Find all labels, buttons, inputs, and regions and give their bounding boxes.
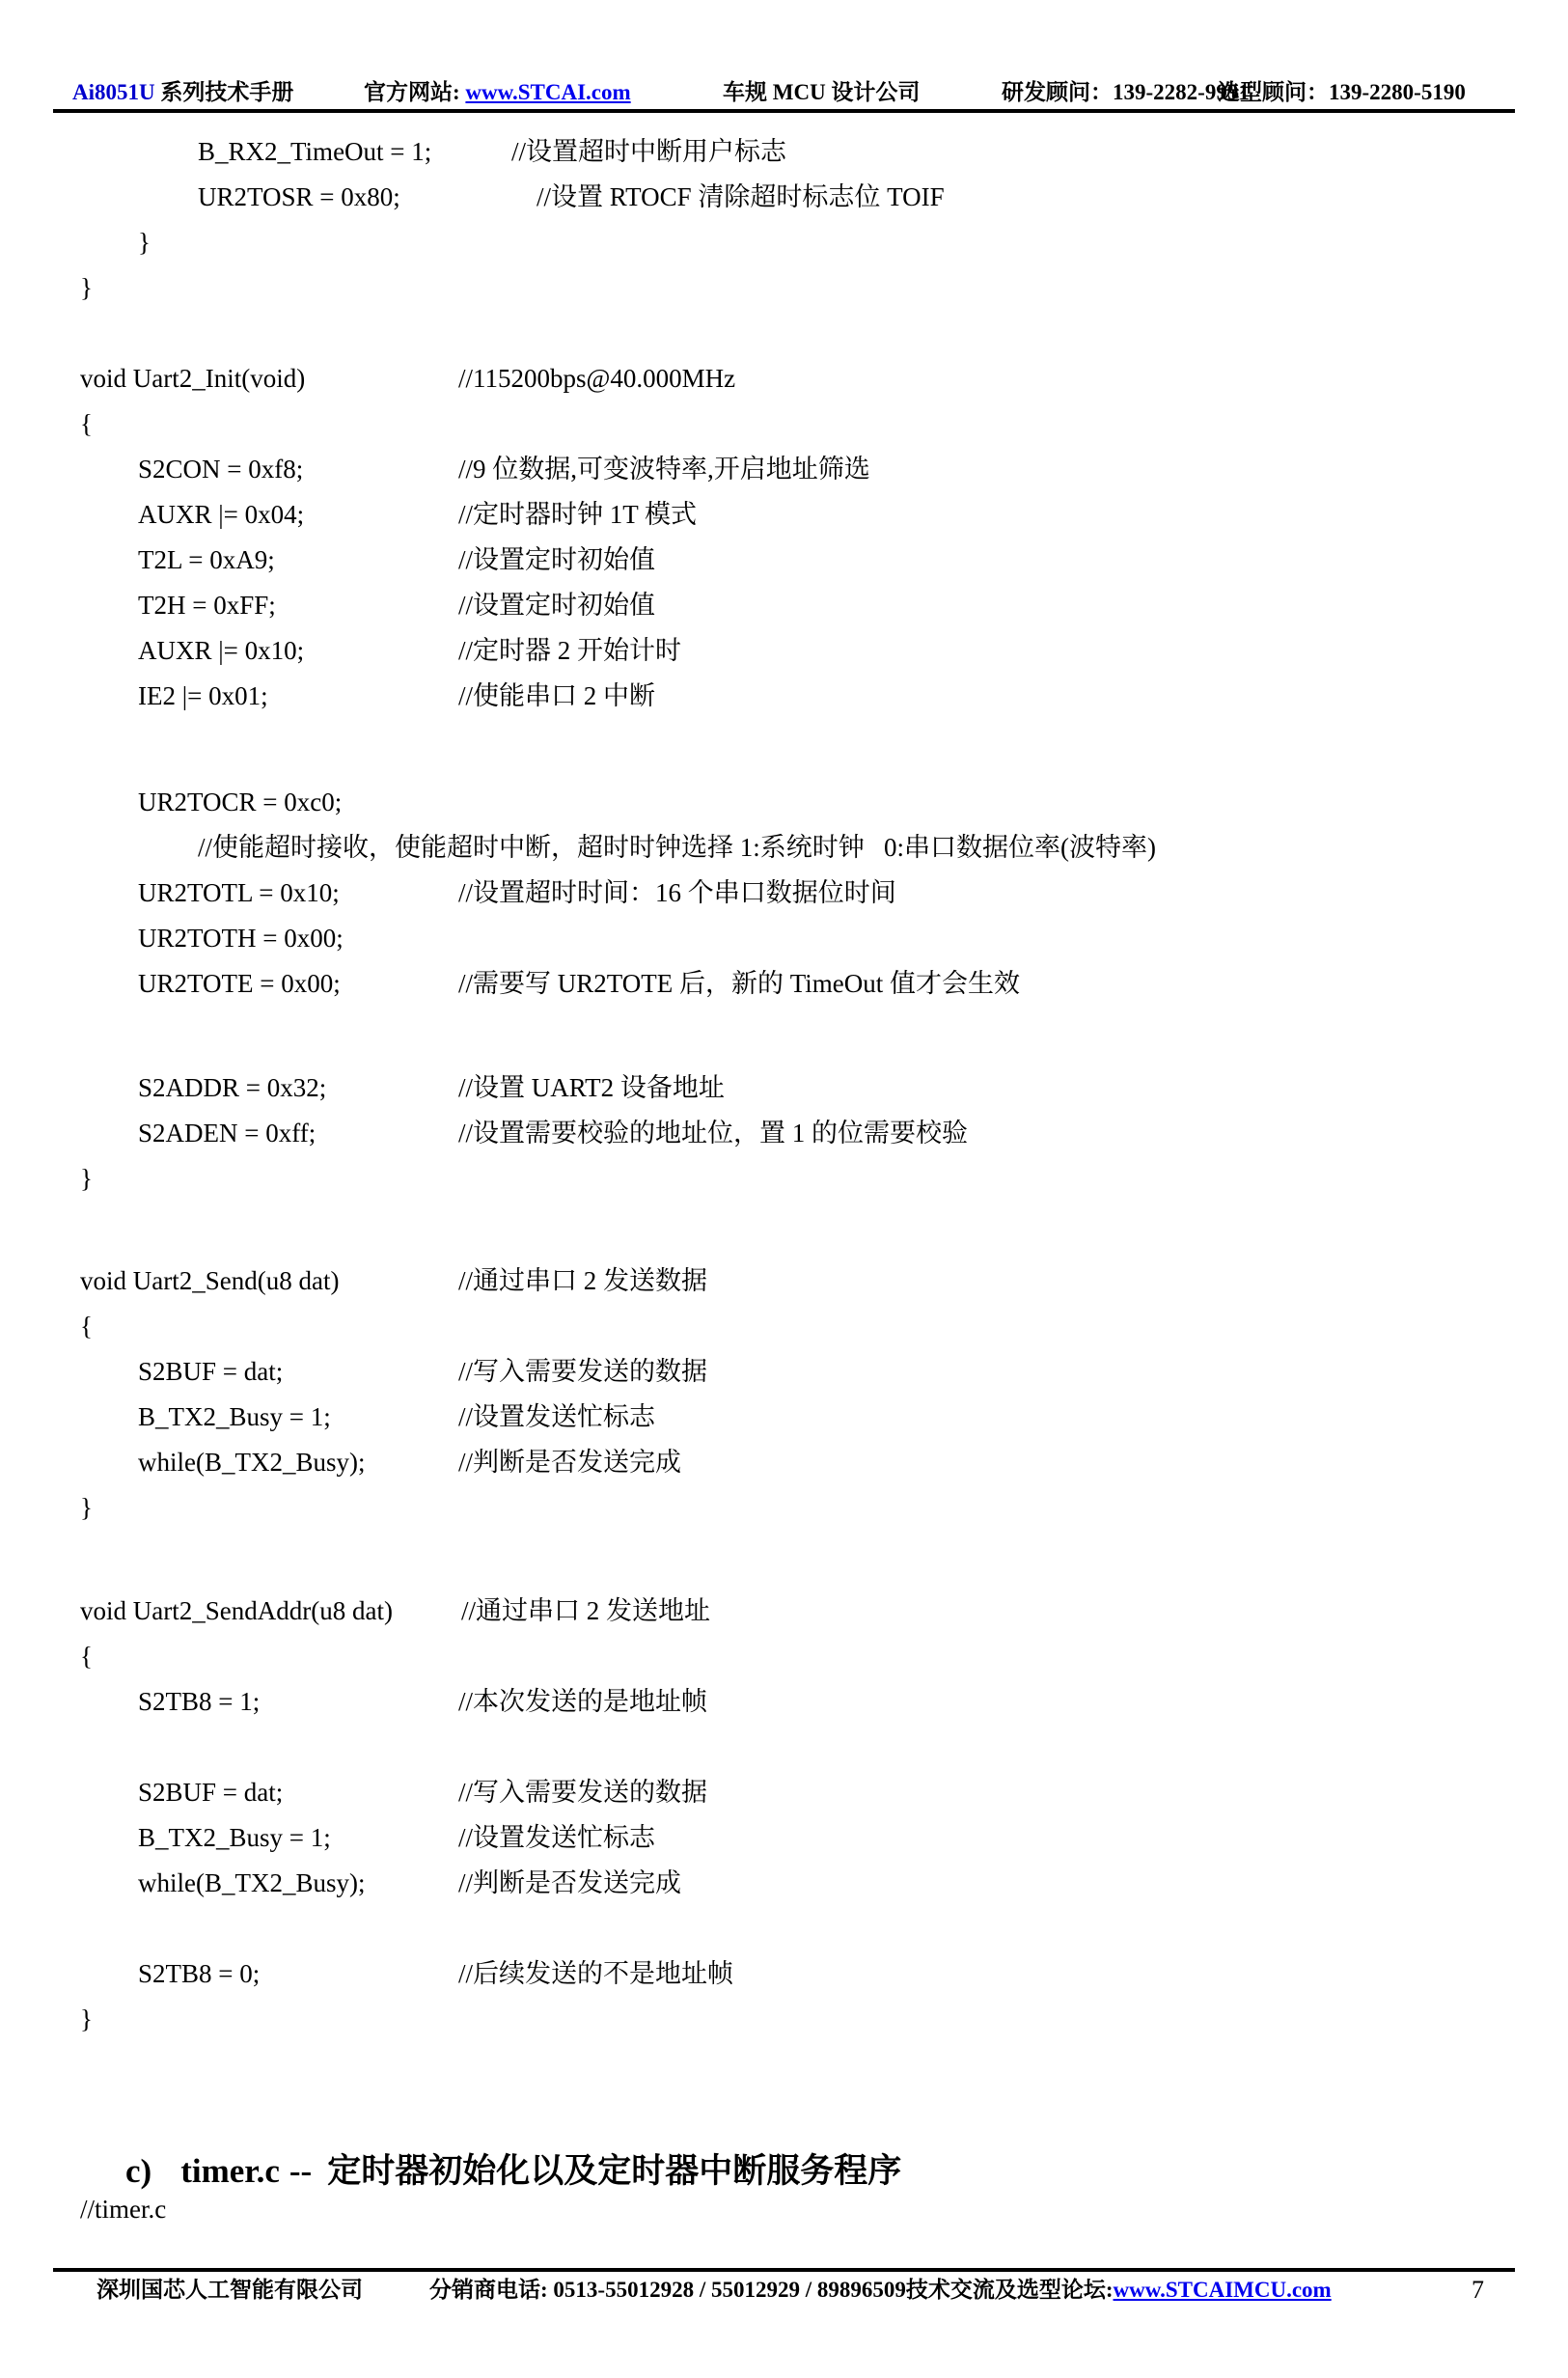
code-line: { [0,1634,1568,1679]
code-text: IE2 |= 0x01; [138,674,268,719]
code-line: S2CON = 0xf8;//9 位数据,可变波特率,开启地址筛选 [0,447,1568,492]
distributor-phones: 分销商电话: 0513-55012928 / 55012929 / 898965… [429,2278,906,2302]
code-line [0,1202,1568,1258]
website-link[interactable]: www.STCAI.com [465,80,630,104]
code-text: void Uart2_Send(u8 dat) [80,1258,339,1304]
rd-contact: 研发顾问：139-2282-9991 [1002,78,1250,107]
code-text: void Uart2_SendAddr(u8 dat) [80,1589,393,1634]
brand-name: Ai8051U [72,80,155,104]
code-text: B_TX2_Busy = 1; [138,1815,331,1861]
code-line: T2H = 0xFF;//设置定时初始值 [0,583,1568,628]
code-text: while(B_TX2_Busy); [138,1861,366,1906]
company-type: 车规 MCU 设计公司 [723,78,920,107]
code-line: S2BUF = dat;//写入需要发送的数据 [0,1770,1568,1815]
page-number: 7 [1472,2275,1484,2306]
code-comment: //设置超时时间：16 个串口数据位时间 [458,871,896,916]
code-text: T2H = 0xFF; [138,583,276,628]
code-comment: //判断是否发送完成 [458,1861,681,1906]
code-line: S2ADEN = 0xff;//设置需要校验的地址位，置 1 的位需要校验 [0,1111,1568,1156]
code-line: { [0,401,1568,447]
code-comment: //写入需要发送的数据 [458,1770,707,1815]
section-label: c) [125,2152,151,2190]
page-header: Ai8051U 系列技术手册 官方网站: www.STCAI.com 车规 MC… [0,78,1568,107]
code-text: AUXR |= 0x10; [138,628,304,674]
code-text: } [80,1156,93,1202]
footer-company: 深圳国芯人工智能有限公司 [96,2275,363,2306]
code-line: UR2TOTH = 0x00; [0,916,1568,961]
code-line [0,719,1568,780]
forum-label: 技术交流及选型论坛: [906,2278,1114,2302]
code-line: //使能超时接收，使能超时中断，超时时钟选择 1:系统时钟 0:串口数据位率(波… [0,825,1568,871]
code-text: UR2TOTE = 0x00; [138,961,341,1007]
code-line: S2BUF = dat;//写入需要发送的数据 [0,1349,1568,1395]
code-comment: //后续发送的不是地址帧 [458,1951,733,1997]
code-text: S2TB8 = 0; [138,1951,260,1997]
code-line: S2TB8 = 0;//后续发送的不是地址帧 [0,1951,1568,1997]
code-text: UR2TOTL = 0x10; [138,871,340,916]
code-comment: //判断是否发送完成 [458,1440,681,1485]
code-comment: //需要写 UR2TOTE 后，新的 TimeOut 值才会生效 [458,961,1020,1007]
code-line: } [0,265,1568,311]
code-text: S2ADEN = 0xff; [138,1111,316,1156]
code-line: } [0,1997,1568,2042]
code-comment: //通过串口 2 发送数据 [458,1258,707,1304]
code-comment: //设置 RTOCF 清除超时标志位 TOIF [536,175,945,220]
code-line: B_RX2_TimeOut = 1;//设置超时中断用户标志 [0,129,1568,175]
code-line: UR2TOCR = 0xc0; [0,780,1568,825]
code-text: void Uart2_Init(void) [80,356,305,401]
code-comment: //设置 UART2 设备地址 [458,1065,725,1111]
manual-title: Ai8051U 系列技术手册 [72,78,293,107]
code-text: S2BUF = dat; [138,1770,283,1815]
section-title: 定时器初始化以及定时器中断服务程序 [327,2152,901,2190]
code-comment: //定时器 2 开始计时 [458,628,681,674]
code-comment: //9 位数据,可变波特率,开启地址筛选 [458,447,870,492]
code-block: B_RX2_TimeOut = 1;//设置超时中断用户标志UR2TOSR = … [0,129,1568,2042]
code-line [0,1007,1568,1065]
code-text: { [80,1634,93,1679]
code-comment: //设置超时中断用户标志 [511,129,786,175]
footer-contact: 分销商电话: 0513-55012928 / 55012929 / 898965… [429,2275,1332,2306]
code-text: { [80,401,93,447]
header-divider [53,109,1515,113]
code-line [0,1906,1568,1951]
section-heading: c)timer.c--定时器初始化以及定时器中断服务程序 [92,2096,901,2146]
code-text: { [80,1304,93,1349]
selection-contact: 选型顾问：139-2280-5190 [1218,78,1466,107]
code-comment: //115200bps@40.000MHz [458,356,735,401]
code-text: } [80,1485,93,1531]
code-line [0,1531,1568,1589]
code-line: void Uart2_SendAddr(u8 dat)//通过串口 2 发送地址 [0,1589,1568,1634]
code-line: B_TX2_Busy = 1;//设置发送忙标志 [0,1815,1568,1861]
page-footer: 深圳国芯人工智能有限公司 分销商电话: 0513-55012928 / 5501… [0,2275,1568,2306]
code-line: B_TX2_Busy = 1;//设置发送忙标志 [0,1395,1568,1440]
code-line: } [0,1485,1568,1531]
code-text: S2TB8 = 1; [138,1679,260,1725]
code-line: S2TB8 = 1;//本次发送的是地址帧 [0,1679,1568,1725]
footer-divider [53,2268,1515,2272]
code-text: AUXR |= 0x04; [138,492,304,538]
code-comment: //设置定时初始值 [458,538,655,583]
code-text: UR2TOSR = 0x80; [198,175,400,220]
code-text: B_RX2_TimeOut = 1; [198,129,431,175]
code-text: //使能超时接收，使能超时中断，超时时钟选择 1:系统时钟 0:串口数据位率(波… [198,825,1156,871]
manual-title-rest: 系列技术手册 [155,80,294,104]
code-text: B_TX2_Busy = 1; [138,1395,331,1440]
code-line [0,1725,1568,1770]
code-line: void Uart2_Send(u8 dat)//通过串口 2 发送数据 [0,1258,1568,1304]
code-line: IE2 |= 0x01;//使能串口 2 中断 [0,674,1568,719]
section-file-name: timer.c [180,2152,280,2190]
forum-link[interactable]: www.STCAIMCU.com [1114,2278,1332,2302]
code-text: UR2TOCR = 0xc0; [138,780,342,825]
code-text: } [80,265,93,311]
section-dashes: -- [289,2152,312,2190]
code-text: } [138,220,151,265]
code-line [0,311,1568,356]
code-text: S2CON = 0xf8; [138,447,303,492]
code-comment: //写入需要发送的数据 [458,1349,707,1395]
code-text: S2BUF = dat; [138,1349,283,1395]
code-comment: //设置发送忙标志 [458,1395,655,1440]
code-comment: //定时器时钟 1T 模式 [458,492,697,538]
timer-file-comment: //timer.c [80,2187,166,2232]
code-line: T2L = 0xA9;//设置定时初始值 [0,538,1568,583]
code-line: AUXR |= 0x04;//定时器时钟 1T 模式 [0,492,1568,538]
code-comment: //设置发送忙标志 [458,1815,655,1861]
code-text: UR2TOTH = 0x00; [138,916,344,961]
code-text: S2ADDR = 0x32; [138,1065,326,1111]
manual-page: Ai8051U 系列技术手册 官方网站: www.STCAI.com 车规 MC… [0,0,1568,2378]
code-line: UR2TOTL = 0x10;//设置超时时间：16 个串口数据位时间 [0,871,1568,916]
code-line: UR2TOSR = 0x80;//设置 RTOCF 清除超时标志位 TOIF [0,175,1568,220]
code-line: void Uart2_Init(void)//115200bps@40.000M… [0,356,1568,401]
code-line: while(B_TX2_Busy);//判断是否发送完成 [0,1861,1568,1906]
code-comment: //通过串口 2 发送地址 [461,1589,710,1634]
code-text: while(B_TX2_Busy); [138,1440,366,1485]
code-line: AUXR |= 0x10;//定时器 2 开始计时 [0,628,1568,674]
code-line: S2ADDR = 0x32;//设置 UART2 设备地址 [0,1065,1568,1111]
code-comment: //使能串口 2 中断 [458,674,655,719]
code-comment: //设置需要校验的地址位，置 1 的位需要校验 [458,1111,968,1156]
code-comment: //设置定时初始值 [458,583,655,628]
code-line: UR2TOTE = 0x00;//需要写 UR2TOTE 后，新的 TimeOu… [0,961,1568,1007]
code-line: } [0,220,1568,265]
website-label: 官方网站: [364,80,465,104]
code-line: while(B_TX2_Busy);//判断是否发送完成 [0,1440,1568,1485]
official-website: 官方网站: www.STCAI.com [364,78,631,107]
code-line: { [0,1304,1568,1349]
code-text: } [80,1997,93,2042]
code-line: } [0,1156,1568,1202]
code-comment: //本次发送的是地址帧 [458,1679,707,1725]
code-text: T2L = 0xA9; [138,538,275,583]
